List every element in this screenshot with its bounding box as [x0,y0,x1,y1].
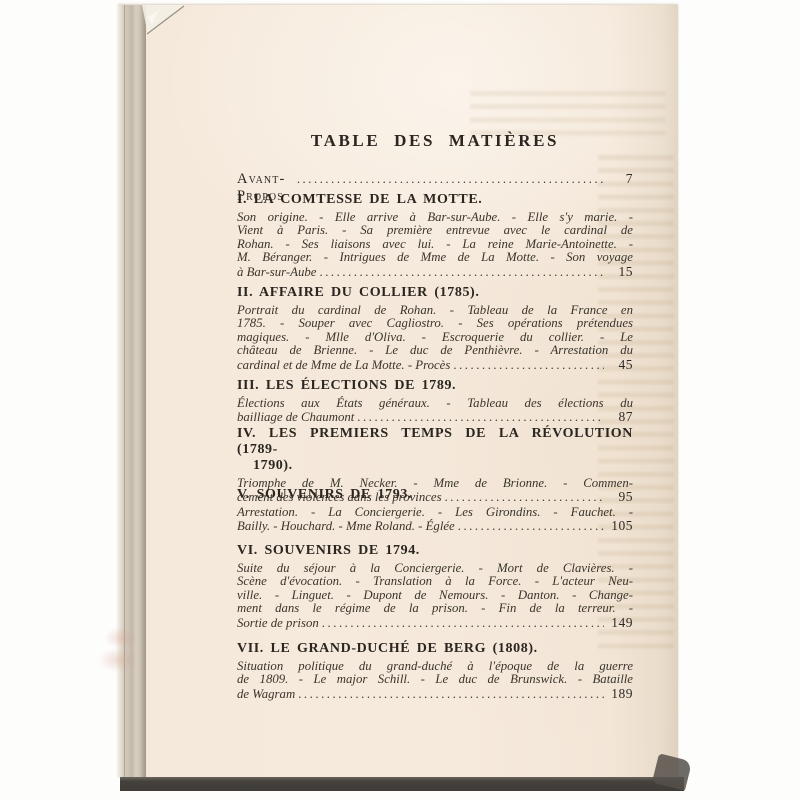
entry-page-number: 189 [609,687,633,700]
dot-leader [297,170,604,188]
page-stain [104,627,138,649]
torn-corner [128,5,198,45]
dot-leader [458,520,604,533]
summary-line: Vient à Paris. - Sa première entrevue av… [237,224,633,237]
entry-summary: Situation politique du grand-duché à l'é… [237,660,633,701]
summary-line: Scène d'évocation. - Translation à la Fo… [237,575,633,588]
summary-line: Suite du séjour à la Conciergerie. - Mor… [237,562,633,575]
summary-last-line: cardinal et de Mme de La Motte. - Procès… [237,358,633,372]
summary-line: 1785. - Souper avec Cagliostro. - Ses op… [237,317,633,330]
dot-leader [319,266,604,279]
entry-summary: Portrait du cardinal de Rohan. - Tableau… [237,304,633,372]
entry-page-number: 105 [609,519,633,532]
summary-line: à Bar-sur-Aube [237,266,316,279]
entry-heading: IV. LES PREMIERS TEMPS DE LA RÉVOLUTION … [237,426,633,458]
summary-line: bailliage de Chaumont [237,411,354,424]
summary-line: château de Brienne. - Le duc de Penthièv… [237,344,633,357]
summary-last-line: Sortie de prison 149 [237,616,633,630]
toc-entry: VII. LE GRAND-DUCHÉ DE BERG (1808). Situ… [237,641,633,701]
entry-heading-continuation: 1790). [237,458,633,474]
front-matter-page-number: 7 [609,171,633,187]
entry-page-number: 45 [609,358,633,371]
page-title: TABLE DES MATIÈRES [237,131,633,151]
entry-page-number: 87 [609,410,633,423]
summary-line: Sortie de prison [237,617,319,630]
book-bottom-edge [120,777,684,791]
torn-corner-graphic [128,5,198,45]
entry-heading: I. LA COMTESSE DE LA MOTTE. [237,192,633,208]
summary-last-line: de Wagram 189 [237,687,633,701]
summary-line: Arrestation. - La Conciergerie. - Les Gi… [237,506,633,519]
dot-leader [453,359,604,372]
summary-last-line: à Bar-sur-Aube 15 [237,265,633,279]
toc-entry: V. SOUVENIRS DE 1793. Arrestation. - La … [237,487,633,534]
summary-line: Son origine. - Elle arrive à Bar-sur-Aub… [237,211,633,224]
entry-summary: Élections aux États généraux. - Tableau … [237,397,633,425]
entry-summary: Suite du séjour à la Conciergerie. - Mor… [237,562,633,630]
summary-line: cardinal et de Mme de La Motte. - Procès [237,359,450,372]
summary-line: Situation politique du grand-duché à l'é… [237,660,633,673]
summary-line: M. Béranger. - Intrigues de Mme de La Mo… [237,251,633,264]
summary-line: Bailly. - Houchard. - Mme Roland. - Églé… [237,520,455,533]
book-scan: TABLE DES MATIÈRES Avant-Propos 7 I. LA … [0,0,800,800]
summary-line: de Wagram [237,688,295,701]
entry-heading: V. SOUVENIRS DE 1793. [237,487,633,503]
entry-heading: III. LES ÉLECTIONS DE 1789. [237,378,633,394]
summary-last-line: Bailly. - Houchard. - Mme Roland. - Églé… [237,519,633,533]
page-stain [98,647,138,673]
toc-entry: I. LA COMTESSE DE LA MOTTE. Son origine.… [237,192,633,279]
entry-page-number: 15 [609,265,633,278]
summary-line: ville. - Linguet. - Dupont de Nemours. -… [237,589,633,602]
toc-entry: III. LES ÉLECTIONS DE 1789. Élections au… [237,378,633,425]
entry-heading: VII. LE GRAND-DUCHÉ DE BERG (1808). [237,641,633,657]
entry-page-number: 149 [609,616,633,629]
toc-content: TABLE DES MATIÈRES Avant-Propos 7 I. LA … [237,5,633,777]
entry-summary: Arrestation. - La Conciergerie. - Les Gi… [237,506,633,534]
summary-line: de 1809. - Le major Schill. - Le duc de … [237,673,633,686]
dot-leader [298,688,604,701]
book-page: TABLE DES MATIÈRES Avant-Propos 7 I. LA … [118,4,678,777]
toc-entry: II. AFFAIRE DU COLLIER (1785). Portrait … [237,285,633,372]
summary-line: Rohan. - Ses liaisons avec lui. - La rei… [237,238,633,251]
dot-leader [357,411,604,424]
toc-entry: VI. SOUVENIRS DE 1794. Suite du séjour à… [237,543,633,630]
entry-heading: VI. SOUVENIRS DE 1794. [237,543,633,559]
summary-line: ment dans le régime de la prison. - Fin … [237,602,633,615]
dot-leader [322,617,604,630]
entry-summary: Son origine. - Elle arrive à Bar-sur-Aub… [237,211,633,279]
summary-line: magiques. - Mlle d'Oliva. - Escroquerie … [237,331,633,344]
summary-line: Élections aux États généraux. - Tableau … [237,397,633,410]
summary-last-line: bailliage de Chaumont 87 [237,410,633,424]
entry-heading: II. AFFAIRE DU COLLIER (1785). [237,285,633,301]
summary-line: Portrait du cardinal de Rohan. - Tableau… [237,304,633,317]
